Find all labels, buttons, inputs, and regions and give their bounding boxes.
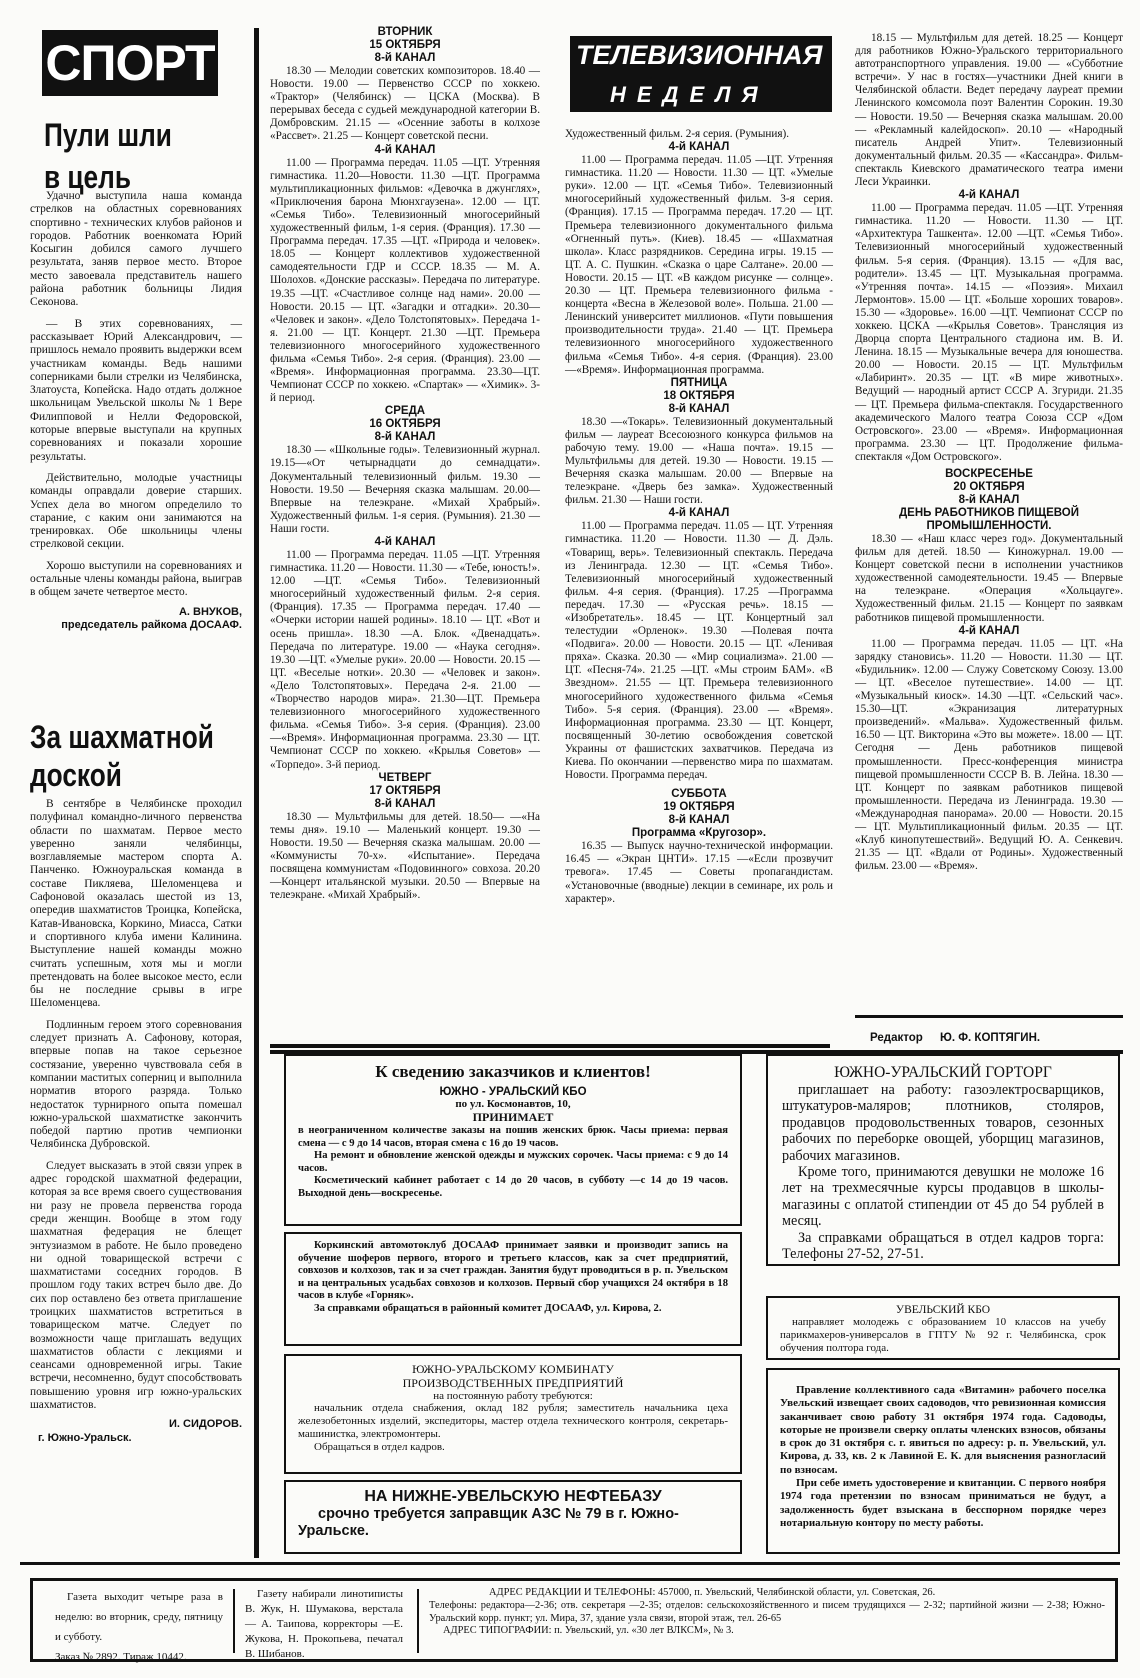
program-listing: 18.30 —«Токарь». Телевизионный документа… (565, 416, 833, 508)
ad-org: ЮЖНО - УРАЛЬСКИЙ КБО (298, 1086, 728, 1098)
paragraph: Действительно, молодые участницы команды… (30, 472, 242, 552)
channel-heading: 8-й КАНАЛ (270, 52, 540, 65)
staff-credits: Газету набирали линотиписты В. Жук, Н. Ш… (245, 1587, 403, 1662)
program-listing: 18.30 — Мультфильмы для детей. 18.50— —«… (270, 811, 540, 903)
channel-heading: 8-й КАНАЛ (855, 494, 1123, 507)
day-heading: ПЯТНИЦА (565, 377, 833, 390)
paragraph: Следует высказать в этой связи упрек в а… (30, 1160, 242, 1413)
day-heading: ВТОРНИК (270, 26, 540, 39)
ad-text: При себе иметь удостоверение и квитанции… (780, 1477, 1106, 1530)
section-rule (855, 1015, 1123, 1018)
ad-text: Кроме того, принимаются девушки не молож… (782, 1164, 1104, 1230)
ad-address: по ул. Космонавтов, 10, (298, 1098, 728, 1110)
footer-divider (233, 1589, 235, 1653)
headline-line: За шахматной (30, 718, 214, 756)
program-listing: 11.00 — Программа передач. 11.05 —ЦТ. Ут… (855, 202, 1123, 464)
program-listing: 18.30 — «Школьные годы». Телевизионный ж… (270, 444, 540, 536)
logo-line-1: ТЕЛЕВИЗИОННАЯ (576, 40, 822, 71)
program-listing: 11.00 — Программа передач. 11.05 —ЦТ. Ут… (565, 154, 833, 377)
channel-heading: 4-й КАНАЛ (565, 141, 833, 154)
channel-heading: 4-й КАНАЛ (855, 189, 1123, 202)
ad-uvelsky-kbo: УВЕЛЬСКИЙ КБО направляет молодежь с обра… (766, 1296, 1120, 1360)
headline-line: доской (30, 756, 214, 794)
footer-divider (417, 1589, 419, 1653)
day-heading: ЧЕТВЕРГ (270, 772, 540, 785)
paragraph: Удачно выступила наша команда стрелков н… (30, 190, 242, 310)
paragraph: В сентябре в Челябинске проходил полуфин… (30, 798, 242, 1011)
ad-neftebaza: НА НИЖНЕ-УВЕЛЬСКУЮ НЕФТЕБАЗУ срочно треб… (284, 1480, 742, 1554)
channel-heading: 8-й КАНАЛ (565, 814, 833, 827)
program-listing: 11.00 — Программа передач. 11.05 —ЦТ. Ут… (270, 549, 540, 772)
ad-text: За справками обращаться в отдел кадров т… (782, 1230, 1104, 1263)
ad-text: начальник отдела снабжения, оклад 182 ру… (298, 1402, 728, 1441)
theme-heading: ДЕНЬ РАБОТНИКОВ ПИЩЕВОЙ ПРОМЫШЛЕННОСТИ. (855, 507, 1123, 533)
sport-section-logo: СПОРТ (42, 30, 218, 96)
ad-title: К сведению заказчиков и клиентов! (298, 1062, 728, 1082)
editor-credit: Редактор Ю. Ф. КОПТЯГИН. (870, 1032, 1040, 1044)
ad-text: За справками обращаться в районный комит… (298, 1303, 728, 1316)
program-listing: 16.35 — Выпуск научно-технической информ… (565, 840, 833, 905)
date-heading: 16 ОКТЯБРЯ (270, 418, 540, 431)
ad-gortorg: ЮЖНО-УРАЛЬСКИЙ ГОРТОРГ приглашает на раб… (766, 1054, 1120, 1266)
section-rule (270, 1044, 830, 1048)
tv-week-logo: ТЕЛЕВИЗИОННАЯ НЕДЕЛЯ (570, 36, 832, 112)
ad-title: УВЕЛЬСКИЙ КБО (780, 1304, 1106, 1316)
ad-text: Правление коллективного сада «Витамин» р… (780, 1384, 1106, 1477)
channel-heading: 8-й КАНАЛ (565, 403, 833, 416)
section-rule (20, 1562, 1120, 1565)
ad-kbo-clients: К сведению заказчиков и клиентов! ЮЖНО -… (284, 1054, 742, 1226)
ad-vitamin-garden: Правление коллективного сада «Витамин» р… (766, 1368, 1120, 1554)
ad-text: Обращаться в отдел кадров. (298, 1441, 728, 1454)
program-listing: 18.30 — Мелодии советских композиторов. … (270, 65, 540, 144)
day-heading: ВОСКРЕСЕНЬЕ (855, 468, 1123, 481)
publication-schedule: Газета выходит четыре раза в неделю: во … (55, 1587, 223, 1647)
ad-subheading: ПРИНИМАЕТ (298, 1110, 728, 1125)
program-listing: 18.30 — «Наш класс через год». Документа… (855, 533, 1123, 625)
logo-line-2: НЕДЕЛЯ (610, 82, 769, 108)
ad-text: направляет молодежь с образованием 10 кл… (780, 1316, 1106, 1355)
imprint-schedule: Газета выходит четыре раза в неделю: во … (55, 1587, 223, 1667)
ad-text: На ремонт и обновление женской одежды и … (298, 1150, 728, 1175)
channel-heading: 4-й КАНАЛ (565, 507, 833, 520)
article-chess-body: В сентябре в Челябинске проходил полуфин… (30, 798, 242, 1445)
article-headline-chess: За шахматной доской (30, 718, 214, 794)
tv-column-1: ВТОРНИК 15 ОКТЯБРЯ 8-й КАНАЛ 18.30 — Мел… (270, 26, 540, 902)
ad-text: срочно требуется заправщик АЗС № 79 в г.… (298, 1506, 728, 1540)
ad-text: Косметический кабинет работает с 14 до 2… (298, 1175, 728, 1200)
author-name: И. СИДОРОВ. (30, 1418, 242, 1431)
date-heading: 19 ОКТЯБРЯ (565, 801, 833, 814)
tv-column-3: 18.15 — Мультфильм для детей. 18.25 — Ко… (855, 32, 1123, 873)
newspaper-page: СПОРТ Пули шли в цель Удачно выступила н… (0, 0, 1140, 1678)
day-heading: СРЕДА (270, 405, 540, 418)
program-listing: Художественный фильм. 2-я серия. (Румыни… (565, 128, 833, 141)
ad-dosaaf: Коркинский автомотоклуб ДОСААФ принимает… (284, 1232, 742, 1346)
newspaper-imprint: Газета выходит четыре раза в неделю: во … (30, 1578, 1118, 1662)
editor-name: Ю. Ф. КОПТЯГИН. (940, 1032, 1040, 1044)
column-divider (254, 28, 259, 1558)
ad-title: ПРОИЗВОДСТВЕННЫХ ПРЕДПРИЯТИЙ (298, 1376, 728, 1390)
channel-heading: 4-й КАНАЛ (270, 536, 540, 549)
imprint-staff: Газету набирали линотиписты В. Жук, Н. Ш… (245, 1587, 403, 1662)
program-title: Программа «Кругозор». (565, 827, 833, 840)
program-listing: 18.15 — Мультфильм для детей. 18.25 — Ко… (855, 32, 1123, 189)
paragraph: — В этих соревнованиях, —рассказывает Юр… (30, 318, 242, 464)
tv-column-2: Художественный фильм. 2-я серия. (Румыни… (565, 128, 833, 906)
order-circulation: Заказ № 2892. Тираж 10442. (55, 1647, 223, 1667)
ad-title: ЮЖНО-УРАЛЬСКИЙ ГОРТОРГ (782, 1064, 1104, 1082)
program-listing: 11.00 — Программа передач. 11.05 — ЦТ. У… (565, 520, 833, 782)
ad-text: в неограниченном количестве заказы на по… (298, 1125, 728, 1150)
channel-heading: 4-й КАНАЛ (855, 625, 1123, 638)
paragraph: Хорошо выступили на соревнованиях и оста… (30, 560, 242, 600)
ad-text: приглашает на работу: газоэлектросварщик… (782, 1082, 1104, 1164)
channel-heading: 4-й КАНАЛ (270, 144, 540, 157)
date-heading: 18 ОКТЯБРЯ (565, 390, 833, 403)
date-heading: 17 ОКТЯБРЯ (270, 785, 540, 798)
date-heading: 20 ОКТЯБРЯ (855, 481, 1123, 494)
printing-address: АДРЕС ТИПОГРАФИИ: п. Увельский, ул. «30 … (429, 1625, 1105, 1638)
ad-subheading: на постоянную работу требуются: (298, 1390, 728, 1402)
ad-text: Коркинский автомотоклуб ДОСААФ принимает… (298, 1240, 728, 1303)
author-city: г. Южно-Уральск. (30, 1432, 242, 1445)
day-heading: СУББОТА (565, 788, 833, 801)
date-heading: 15 ОКТЯБРЯ (270, 39, 540, 52)
program-listing: 11.00 — Программа передач. 11.05 — ЦТ. «… (855, 638, 1123, 874)
editorial-address: АДРЕС РЕДАКЦИИ И ТЕЛЕФОНЫ: 457000, п. Ув… (429, 1587, 1105, 1600)
imprint-address: АДРЕС РЕДАКЦИИ И ТЕЛЕФОНЫ: 457000, п. Ув… (429, 1587, 1105, 1638)
program-listing: 11.00 — Программа передач. 11.05 —ЦТ. Ут… (270, 157, 540, 406)
author-title: председатель райкома ДОСААФ. (30, 619, 242, 632)
channel-heading: 8-й КАНАЛ (270, 431, 540, 444)
paragraph: Подлинным героем этого соревнования след… (30, 1019, 242, 1152)
article-bullets-body: Удачно выступила наша команда стрелков н… (30, 190, 242, 632)
ad-kombinat: ЮЖНО-УРАЛЬСКОМУ КОМБИНАТУ ПРОИЗВОДСТВЕНН… (284, 1354, 742, 1474)
editor-label: Редактор (870, 1032, 923, 1044)
ad-title: НА НИЖНЕ-УВЕЛЬСКУЮ НЕФТЕБАЗУ (298, 1488, 728, 1506)
author-name: А. ВНУКОВ, (30, 606, 242, 619)
article-headline-bullets: Пули шли в цель (44, 116, 172, 196)
ad-title: ЮЖНО-УРАЛЬСКОМУ КОМБИНАТУ (298, 1362, 728, 1376)
headline-line: Пули шли (44, 116, 172, 154)
editorial-phones: Телефоны: редактора—2-36; отв. секретаря… (429, 1600, 1105, 1626)
channel-heading: 8-й КАНАЛ (270, 798, 540, 811)
